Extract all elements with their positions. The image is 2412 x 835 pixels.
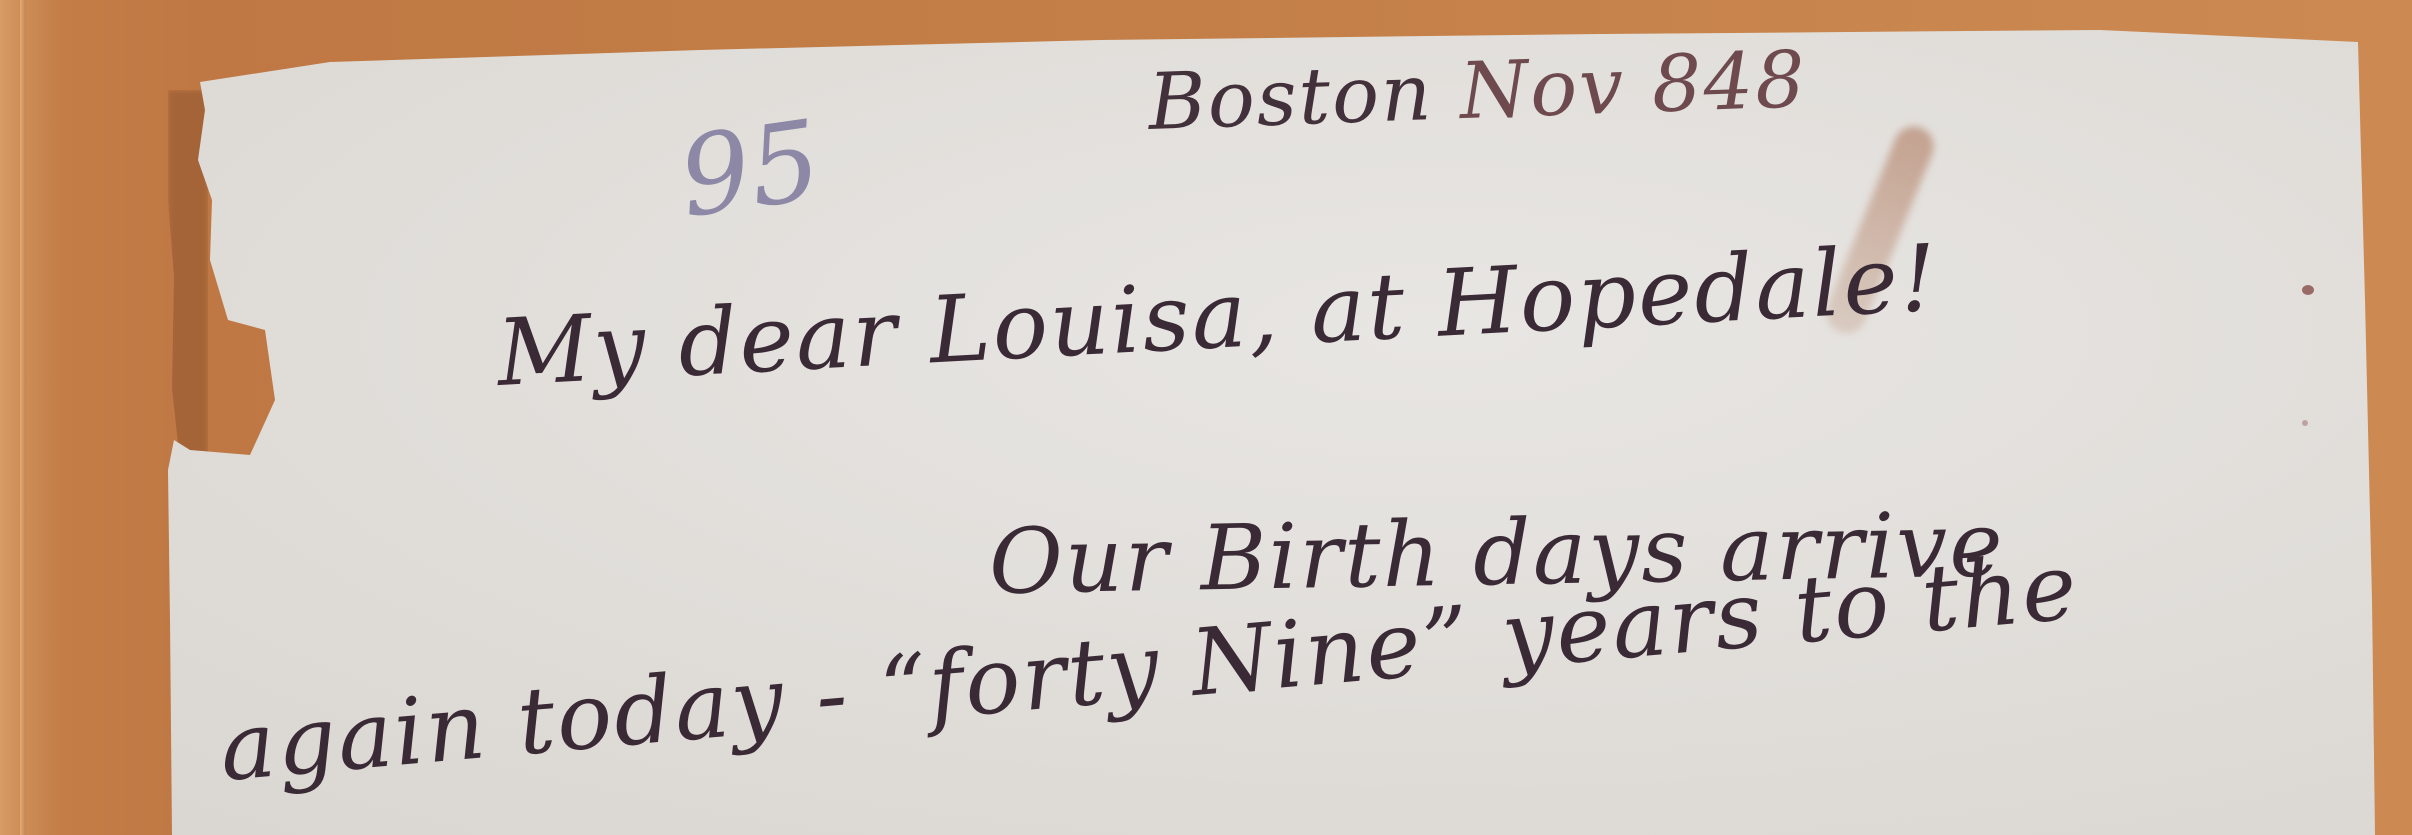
mount-board-crease [20, 0, 26, 835]
ink-speck [2302, 420, 2308, 426]
ink-speck [2302, 285, 2314, 295]
header-date: Nov 848 [1458, 35, 1808, 137]
header-place: Boston [1147, 48, 1435, 148]
archive-number: 95 [672, 96, 828, 242]
